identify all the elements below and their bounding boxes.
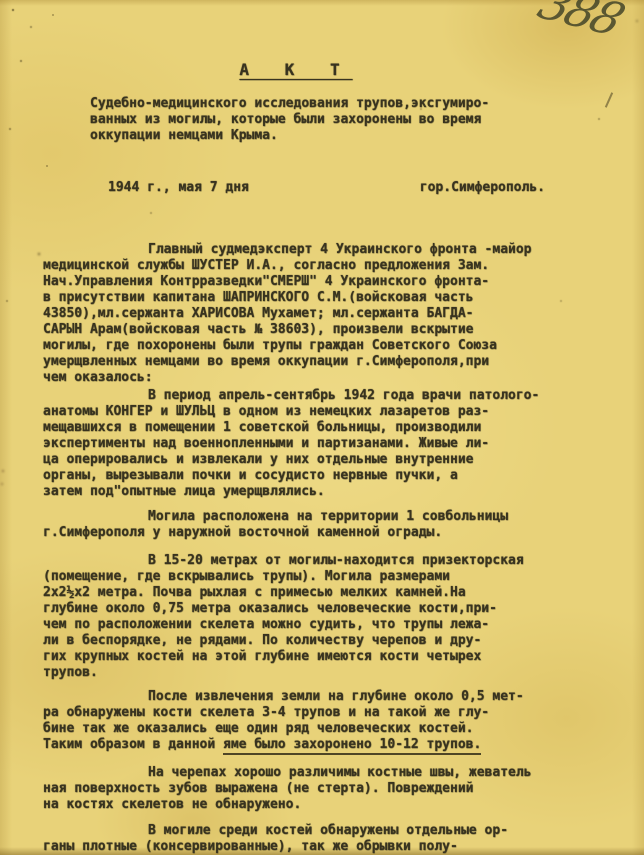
date-line: 1944 г., мая 7 дня гор.Симферополь. — [43, 180, 603, 196]
document-place: гор.Симферополь. — [420, 180, 545, 196]
paragraph-grave-description: В 15-20 метрах от могилы-находится призе… — [43, 553, 603, 681]
paragraph-experiments: В период апрель-сентябрь 1942 года врачи… — [43, 388, 603, 500]
paragraph-burial-count: После извлечения земли на глубине около … — [43, 689, 603, 753]
paragraph-commission: Главный судмедэксперт 4 Украинского фрон… — [43, 242, 603, 386]
document-scan: 388 А К Т Судебно-медицинского исследова… — [0, 0, 644, 855]
paragraph-skulls: На черепах хорошо различимы костные швы,… — [43, 765, 603, 813]
paragraph-grave-location: Могила расположена на территории 1 совбо… — [43, 509, 603, 541]
underlined-conclusion: яме было захоронено 10-12 трупов. — [223, 737, 481, 755]
document-date: 1944 г., мая 7 дня — [108, 180, 249, 196]
paper-specks — [0, 0, 2, 2]
document-body: А К Т Судебно-медицинского исследования … — [43, 0, 603, 855]
paper-crease — [605, 92, 613, 107]
document-subtitle: Судебно-медицинского исследования трупов… — [90, 96, 603, 144]
document-title: А К Т — [0, 62, 603, 78]
paragraph-organs: В могиле среди костей обнаружены отдельн… — [43, 823, 603, 855]
